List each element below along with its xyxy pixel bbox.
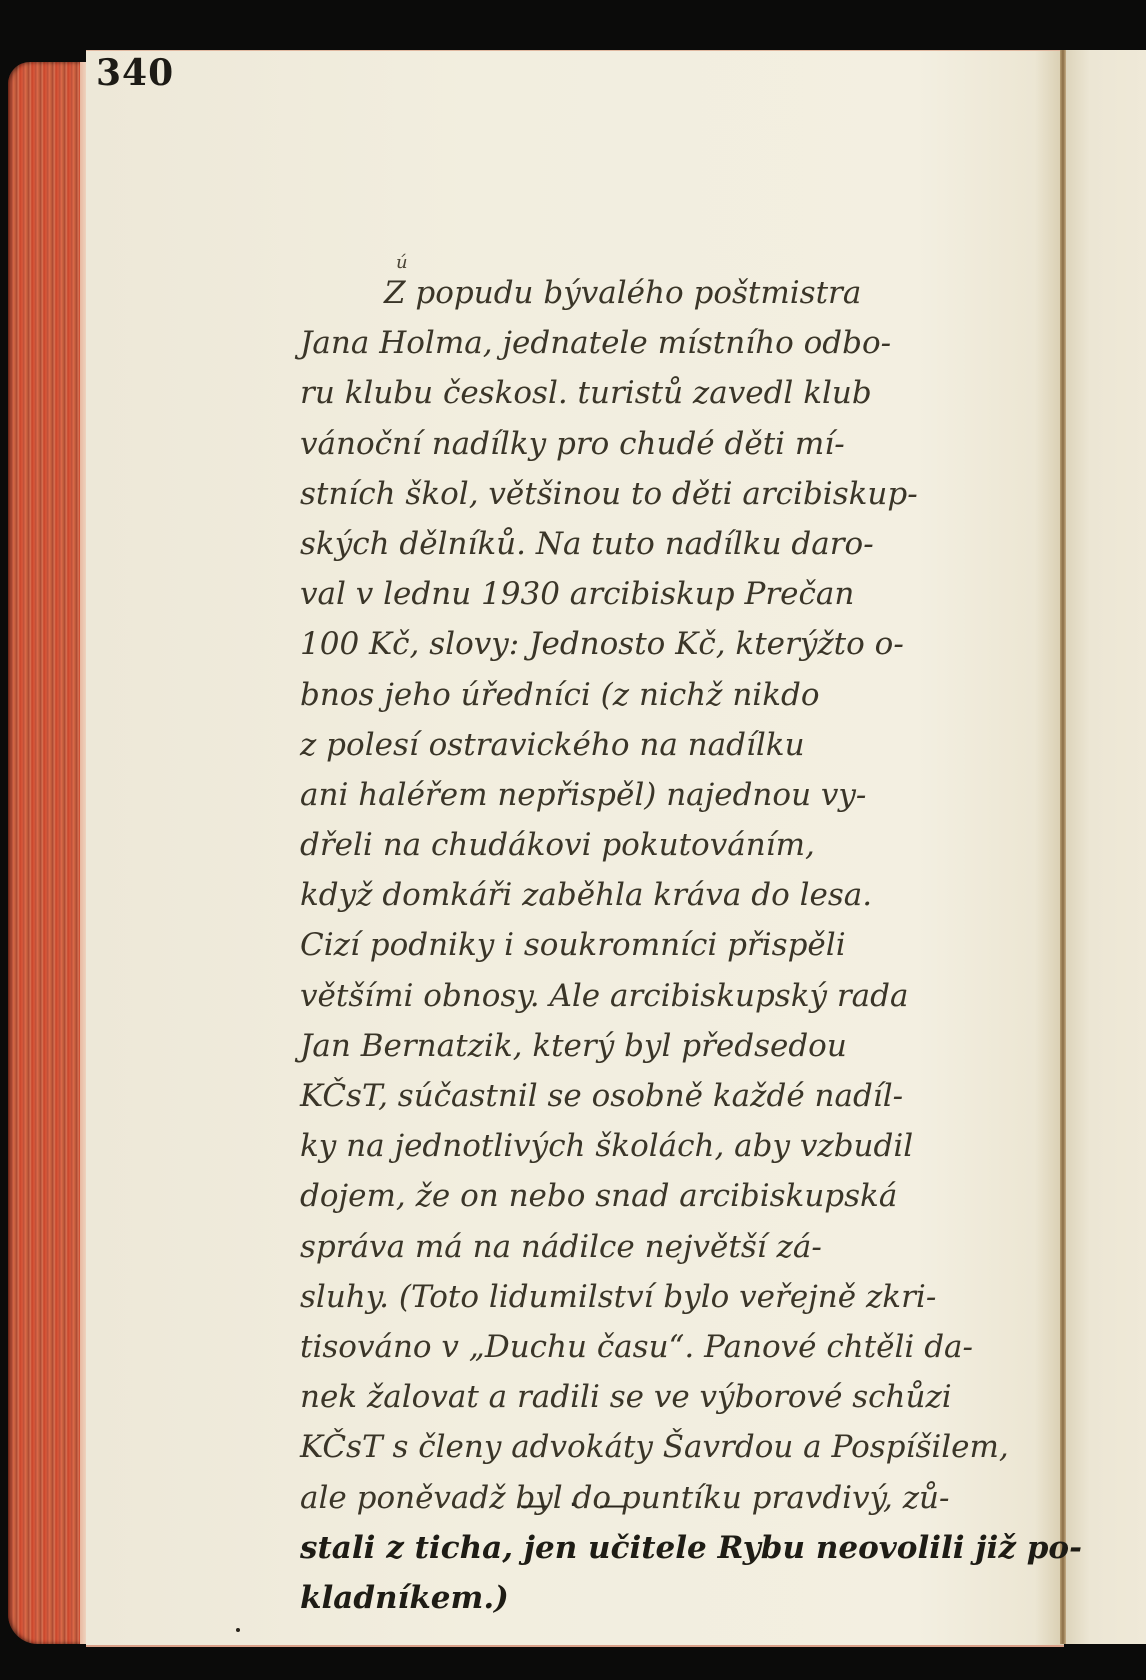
text-line: kladníkem.) (300, 1573, 980, 1623)
text-line: z polesí ostravického na nadílku (300, 720, 980, 770)
text-line: val v lednu 1930 arcibiskup Prečan (300, 569, 980, 619)
text-line: Z popudu bývalého poštmistra (300, 268, 980, 318)
text-line: stali z ticha, jen učitele Rybu neovolil… (300, 1523, 980, 1573)
text-line: KČsT, súčastnil se osobně každé nadíl- (300, 1071, 980, 1121)
text-line: dojem, že on nebo snad arcibiskupská (300, 1171, 980, 1221)
text-line: většími obnosy. Ale arcibiskupský rada (300, 971, 980, 1021)
text-line: KČsT s členy advokáty Šavrdou a Pospíšil… (300, 1422, 980, 1472)
text-line: tisováno v „Duchu času“. Panové chtěli d… (300, 1322, 980, 1372)
text-line: ale poněvadž byl do puntíku pravdivý, zů… (300, 1473, 980, 1523)
text-line: Jan Bernatzik, který byl předsedou (300, 1021, 980, 1071)
text-line: vánoční nadílky pro chudé děti mí- (300, 419, 980, 469)
text-line: ských dělníků. Na tuto nadílku daro- (300, 519, 980, 569)
ink-spot (236, 1628, 240, 1632)
end-separator: — · — (520, 1488, 633, 1521)
text-line: když domkáři zaběhla kráva do lesa. (300, 870, 980, 920)
handwritten-text: Z popudu bývalého poštmistra Jana Holma,… (300, 268, 980, 1623)
text-line: Jana Holma, jednatele místního odbo- (300, 318, 980, 368)
text-line: ani haléřem nepřispěl) najednou vy- (300, 770, 980, 820)
text-line: bnos jeho úředníci (z nichž nikdo (300, 670, 980, 720)
text-line: nek žalovat a radili se ve výborové schů… (300, 1372, 980, 1422)
text-line: ru klubu českosl. turistů zavedl klub (300, 368, 980, 418)
text-line: dřeli na chudákovi pokutováním, (300, 820, 980, 870)
text-line: ky na jednotlivých školách, aby vzbudil (300, 1121, 980, 1171)
text-line: správa má na nádilce největší zá- (300, 1222, 980, 1272)
facing-page-edge (1066, 50, 1146, 1644)
text-line: Cizí podniky i soukromníci přispěli (300, 920, 980, 970)
page-edges-red-gilt (8, 62, 88, 1644)
text-line: sluhy. (Toto lidumilství bylo veřejně zk… (300, 1272, 980, 1322)
text-line: stních škol, většinou to děti arcibiskup… (300, 469, 980, 519)
text-line: 100 Kč, slovy: Jednosto Kč, kterýžto o- (300, 619, 980, 669)
page-number: 340 (96, 52, 174, 94)
